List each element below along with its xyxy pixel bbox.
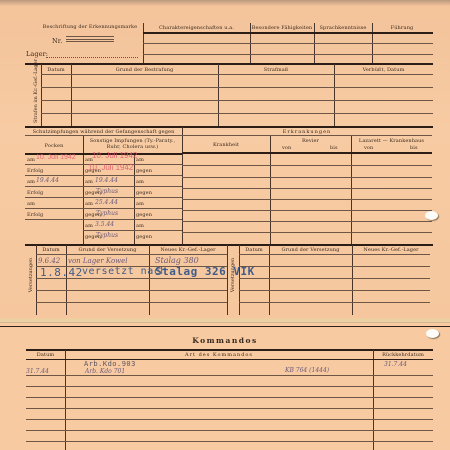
handwritten-typhus: Typhus	[96, 210, 118, 217]
rule	[143, 43, 433, 44]
rule	[36, 290, 227, 291]
illness-lazarett-from: von	[364, 145, 373, 151]
vacc-row-label: am	[27, 157, 35, 163]
rule	[182, 199, 432, 200]
handwritten-date: 3.5.44	[95, 221, 114, 228]
rule	[41, 100, 433, 101]
rule	[143, 32, 433, 34]
vacc-row-label: am	[136, 223, 144, 229]
kommando-col-kind: Art des Kommandos	[65, 352, 373, 358]
transfer-camp: Stalag 380	[155, 256, 199, 265]
handwritten-date: 19.4.44	[95, 177, 118, 184]
vacc-row-label: am	[136, 201, 144, 207]
handwritten-date: 25.4.44	[95, 199, 118, 206]
vacc-row-label: gegen	[136, 168, 152, 174]
vacc-row-label: am	[136, 179, 144, 185]
illness-col-revier: Revier	[270, 138, 351, 144]
divider	[269, 245, 270, 315]
rule	[41, 87, 433, 88]
rule	[25, 219, 182, 220]
header-col-languages: Sprachkenntnisse	[314, 25, 372, 31]
rule	[182, 188, 432, 189]
vacc-col-pocken: Pocken	[25, 143, 83, 149]
rule	[83, 230, 182, 231]
transfer-date: 9.6.42	[38, 257, 60, 265]
kommando-stamp-kind: Arb.Kdo.903	[84, 360, 136, 368]
camp-label: Lager:	[26, 51, 48, 57]
transfer-col-reason: Grund der Versetzung	[66, 247, 149, 253]
header-col-character: Charaktereigenschaften u.a.	[143, 25, 250, 31]
rule	[182, 165, 432, 166]
handwritten-typhus: Typhus	[96, 232, 118, 239]
rule	[182, 135, 432, 136]
rule	[26, 430, 433, 431]
divider	[149, 245, 150, 315]
transfers-side-label-left: Versetzungen	[28, 250, 34, 300]
kommandos-title: Kommandos	[0, 338, 450, 344]
illness-col-disease: Krankheit	[182, 142, 270, 148]
rule	[41, 113, 433, 114]
rule	[239, 290, 430, 291]
vacc-row-label: Erfolg	[27, 190, 43, 196]
kommando-col-date: Datum	[26, 352, 65, 358]
rule	[239, 278, 430, 279]
divider	[373, 350, 374, 450]
record-card-kommandos: Kommandos Datum Art des Kommandos Rückke…	[0, 322, 450, 450]
transfer-col-camp: Neues Kr.-Gef.-Lager	[149, 247, 227, 253]
illness-lazarett-to: bis	[410, 145, 418, 151]
divider	[352, 245, 353, 315]
rule	[182, 152, 432, 154]
transfer-col-reason-2: Grund der Versetzung	[269, 247, 352, 253]
punish-col-served: Verbüßt, Datum	[334, 67, 433, 73]
date-stamp: 10. Juli 1942	[92, 151, 137, 160]
section-rule	[25, 63, 433, 65]
illness-revier-to: bis	[330, 145, 338, 151]
divider	[239, 245, 240, 315]
rule	[25, 135, 182, 136]
punish-col-reason: Grund der Bestrafung	[71, 67, 218, 73]
rule	[239, 302, 430, 303]
rule	[36, 254, 227, 255]
section-rule	[25, 244, 433, 246]
divider	[66, 245, 67, 315]
rule	[239, 266, 430, 267]
transfer-reason: von Lager Kowel	[68, 257, 128, 265]
date-stamp: 10. Juli 1942	[36, 154, 76, 161]
transfer-col-date: Datum	[36, 247, 66, 253]
kommando-note: KB 764 (1444)	[285, 367, 329, 374]
handwritten-date: 19.4.44	[36, 177, 59, 184]
card-edge	[0, 326, 450, 327]
vacc-row-label: am	[85, 223, 93, 229]
vacc-row-label: am	[27, 201, 35, 207]
rule	[25, 197, 182, 198]
rule	[25, 186, 182, 187]
vacc-row-label: gegen	[136, 190, 152, 196]
nr-label: Nr.	[52, 38, 62, 44]
record-card-front: Beschriftung der Erkennungsmarke Nr. Lag…	[0, 0, 450, 322]
vacc-row-label: gegen	[136, 212, 152, 218]
rule	[26, 375, 433, 376]
punish-col-date: Datum	[41, 67, 71, 73]
vacc-row-label: Erfolg	[27, 212, 43, 218]
divider	[36, 245, 37, 315]
rule	[26, 441, 433, 442]
rule	[26, 397, 433, 398]
identity-tag-label: Beschriftung der Erkennungsmarke	[40, 24, 140, 30]
vacc-row-label: am	[85, 179, 93, 185]
camp-field[interactable]	[46, 57, 138, 58]
divider	[227, 245, 228, 315]
punish-col-sentence: Strafmaß	[218, 67, 334, 73]
divider	[65, 350, 66, 450]
handwritten-typhus: Typhus	[96, 188, 118, 195]
header-col-conduct: Führung	[372, 25, 432, 31]
rule	[26, 419, 433, 420]
rule	[26, 386, 433, 387]
vacc-row-label: am	[85, 201, 93, 207]
punch-hole	[425, 211, 438, 220]
vacc-row-label: gegen	[136, 234, 152, 240]
rule	[182, 177, 432, 178]
rule	[182, 232, 432, 233]
rule	[25, 175, 182, 176]
kommando-kind: Arb. Kdo 701	[85, 368, 125, 375]
rule	[143, 54, 433, 55]
rule	[182, 210, 432, 211]
vacc-row-label: am	[27, 179, 35, 185]
rule	[239, 254, 430, 255]
punch-hole	[426, 329, 439, 338]
transfer-col-date-2: Datum	[239, 247, 269, 253]
kommando-col-return: Rückkehrdatum	[373, 352, 433, 358]
rule	[36, 302, 227, 303]
kommando-date: 31.7.44	[26, 368, 49, 375]
transfers-side-label-right: Versetzungen	[230, 250, 236, 300]
rule	[26, 408, 433, 409]
kommando-return-date: 31.7.44	[384, 361, 407, 368]
vacc-row-label: Erfolg	[27, 168, 43, 174]
header-col-abilities: Besondere Fähigkeiten	[250, 25, 314, 31]
nr-field-midline	[66, 39, 114, 40]
rule	[182, 221, 432, 222]
illness-revier-from: von	[282, 145, 291, 151]
vacc-col-other: Sonstige Impfungen (Ty.-Paraty., Ruhr, C…	[83, 138, 182, 150]
rule	[25, 208, 182, 209]
transfer-col-camp-2: Neues Kr.-Gef.-Lager	[352, 247, 430, 253]
punishments-side-label: Strafen im Kr.-Gef.-Lager	[33, 63, 39, 123]
section-rule	[25, 126, 433, 128]
rule	[41, 74, 433, 75]
section-rule	[26, 349, 433, 351]
date-stamp: 10. Juli 1942	[88, 163, 133, 172]
transfer-stamp-date: 1.8.42	[40, 266, 83, 279]
illness-col-lazarett: Lazarett — Krankenhaus	[351, 138, 432, 144]
